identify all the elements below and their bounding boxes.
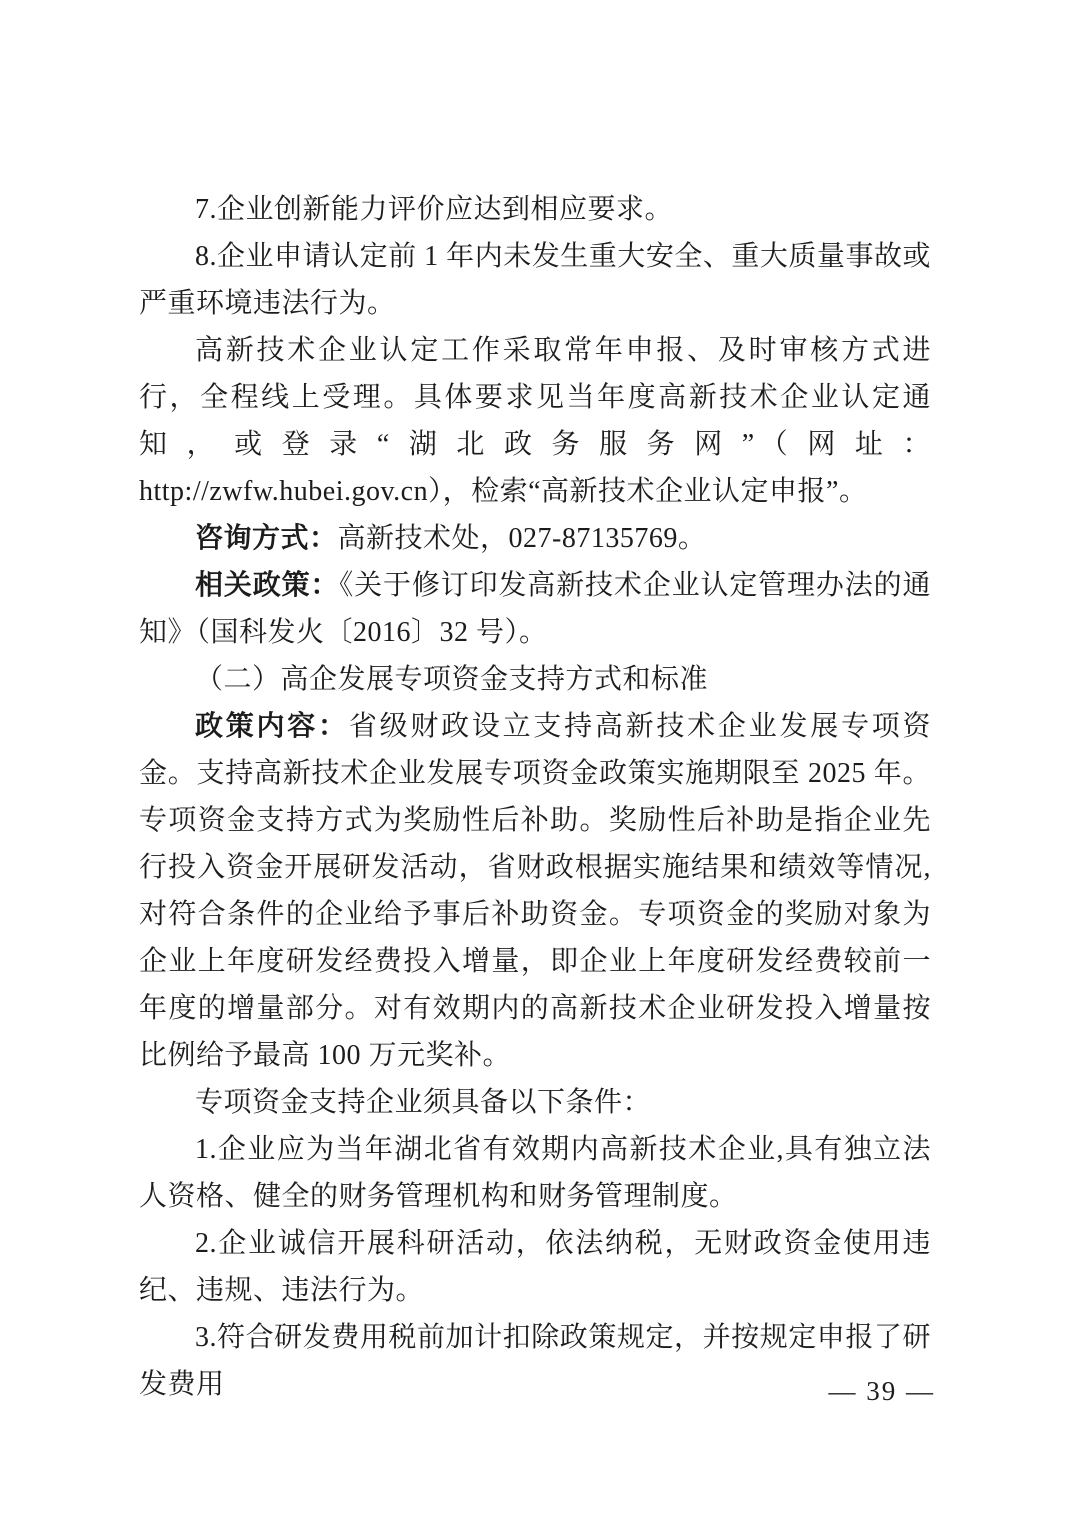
paragraph-label: 咨询方式： xyxy=(195,523,338,554)
paragraph-condition-1: 1.企业应为当年湖北省有效期内高新技术企业,具有独立法人资格、健全的财务管理机构… xyxy=(139,1126,931,1220)
paragraph-related-policy: 相关政策：《关于修订印发高新技术企业认定管理办法的通知》（国科发火〔2016〕3… xyxy=(139,562,931,656)
paragraph-label: 政策内容： xyxy=(195,711,349,742)
document-body: 7.企业创新能力评价应达到相应要求。8.企业申请认定前 1 年内未发生重大安全、… xyxy=(139,186,931,1408)
paragraph-label: 相关政策： xyxy=(195,570,339,601)
paragraph-conditions-intro: 专项资金支持企业须具备以下条件： xyxy=(139,1079,931,1126)
section-heading-2: （二）高企发展专项资金支持方式和标准 xyxy=(139,656,931,703)
paragraph-certification-process: 高新技术企业认定工作采取常年申报、及时审核方式进行，全程线上受理。具体要求见当年… xyxy=(139,327,931,515)
paragraph-condition-3: 3.符合研发费用税前加计扣除政策规定，并按规定申报了研发费用 xyxy=(139,1314,931,1408)
paragraph-policy-content: 政策内容：省级财政设立支持高新技术企业发展专项资金。支持高新技术企业发展专项资金… xyxy=(139,703,931,1079)
document-page: 7.企业创新能力评价应达到相应要求。8.企业申请认定前 1 年内未发生重大安全、… xyxy=(0,0,1074,1520)
paragraph-condition-2: 2.企业诚信开展科研活动，依法纳税，无财政资金使用违纪、违规、违法行为。 xyxy=(139,1220,931,1314)
paragraph-requirement-7: 7.企业创新能力评价应达到相应要求。 xyxy=(139,186,931,233)
paragraph-requirement-8: 8.企业申请认定前 1 年内未发生重大安全、重大质量事故或严重环境违法行为。 xyxy=(139,233,931,327)
paragraph-contact: 咨询方式：高新技术处，027-87135769。 xyxy=(139,515,931,562)
page-number: — 39 — xyxy=(829,1376,936,1407)
